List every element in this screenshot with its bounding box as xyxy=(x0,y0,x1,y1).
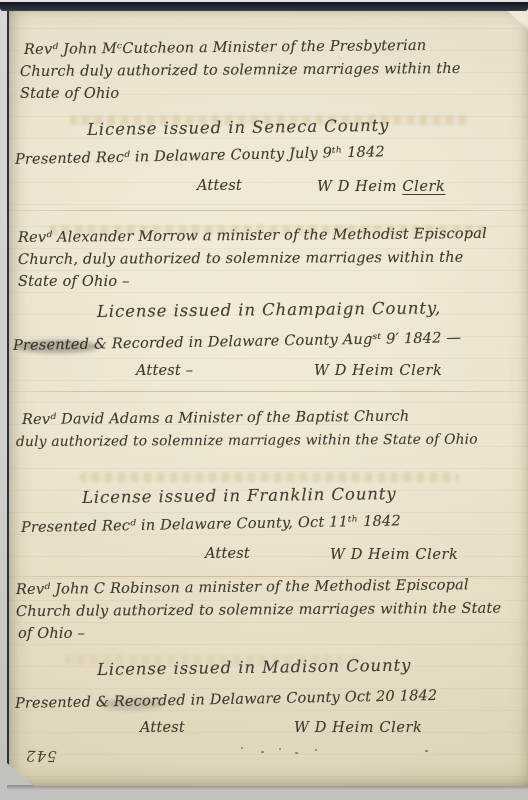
ink-showthrough xyxy=(79,472,459,482)
record-3-license-line: License issued in Franklin County xyxy=(82,484,397,507)
page-number-marginalia: 542 xyxy=(25,747,57,766)
record-1-intro-line-1: Revᵈ John MᶜCutcheon a Minister of the P… xyxy=(24,38,427,58)
ink-speck xyxy=(261,751,264,753)
record-1-intro-line-3: State of Ohio xyxy=(20,86,119,102)
record-2-intro-line-2: Church, duly authorized to solemnize mar… xyxy=(18,250,464,268)
book-spine-edge xyxy=(0,2,528,11)
record-4-license-line: License issued in Madison County xyxy=(97,656,412,679)
separator-rule xyxy=(9,210,528,211)
ink-speck xyxy=(279,748,281,750)
record-2-clerk-signature: W D Heim Clerk xyxy=(314,363,442,379)
ink-speck xyxy=(425,750,428,752)
record-4-attest-label: Attest xyxy=(140,720,185,736)
record-1-signature-title: Clerk xyxy=(402,179,445,195)
separator-rule xyxy=(9,391,528,392)
record-4-presented-line: Presented & Recorded in Delaware County … xyxy=(15,688,438,712)
record-3-intro-line-2: duly authorized to solemnize marriages w… xyxy=(16,432,478,450)
record-4-clerk-signature: W D Heim Clerk xyxy=(294,720,422,736)
ink-speck xyxy=(295,752,298,754)
record-1-clerk-signature: W D Heim Clerk xyxy=(317,179,445,195)
record-2-intro-line-1: Revᵈ Alexander Morrow a minister of the … xyxy=(18,226,487,246)
torn-corner xyxy=(504,7,528,37)
ink-speck xyxy=(241,747,243,749)
record-1-intro-line-2: Church duly authorized to solemnize marr… xyxy=(20,61,461,80)
ledger-paper: Revᵈ John MᶜCutcheon a Minister of the P… xyxy=(7,7,528,786)
record-2-signature-name: W D Heim xyxy=(314,363,394,379)
record-4-signature-name: W D Heim xyxy=(294,720,374,736)
record-2-license-line: License issued in Champaign County, xyxy=(97,298,441,321)
record-2-presented-line: Presented & Recorded in Delaware County … xyxy=(13,330,461,354)
record-2-signature-title: Clerk xyxy=(399,363,442,379)
record-3-presented-line: Presented Recᵈ in Delaware County, Oct 1… xyxy=(21,513,401,536)
record-1-license-line: License issued in Seneca County xyxy=(87,116,390,139)
record-4-intro-line-3: of Ohio – xyxy=(18,626,85,642)
record-1-presented-line: Presented Recᵈ in Delaware County July 9… xyxy=(15,144,385,168)
record-4-intro-line-2: Church duly authorized to solemnize marr… xyxy=(16,601,501,620)
record-2-intro-line-3: State of Ohio – xyxy=(18,274,130,290)
record-3-attest-label: Attest xyxy=(205,546,250,562)
record-3-intro-line-1: Revᵈ David Adams a Minister of the Bapti… xyxy=(22,409,409,428)
record-2-attest-label: Attest – xyxy=(136,363,193,379)
ink-speck xyxy=(315,749,317,751)
record-3-signature-title: Clerk xyxy=(415,547,458,563)
record-1-attest-label: Attest xyxy=(197,178,242,194)
record-1-signature-name: W D Heim xyxy=(317,179,397,195)
record-3-clerk-signature: W D Heim Clerk xyxy=(330,547,458,563)
record-3-signature-name: W D Heim xyxy=(330,547,410,563)
record-4-signature-title: Clerk xyxy=(379,720,422,736)
scanned-ledger-page: Revᵈ John MᶜCutcheon a Minister of the P… xyxy=(0,0,528,800)
record-4-intro-line-1: Revᵈ John C Robinson a minister of the M… xyxy=(16,577,469,598)
